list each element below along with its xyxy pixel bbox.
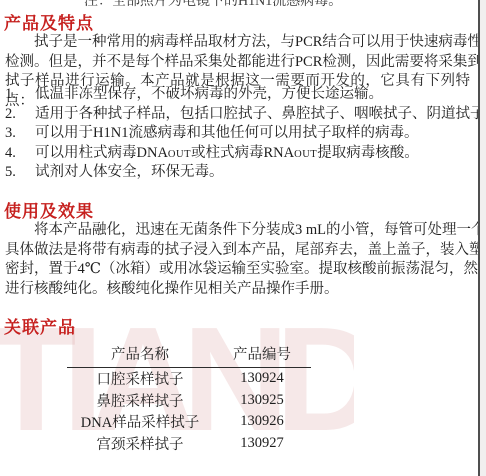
list-item-text: 适用于各种拭子样品，包括口腔拭子、鼻腔拭子、咽喉拭子、阴道拭子等 — [35, 105, 486, 125]
table-row: 鼻腔采样拭子 130925 — [67, 390, 311, 412]
product-code-cell: 130924 — [213, 368, 311, 390]
list-item-number: 2. — [5, 105, 35, 125]
product-code-cell: 130927 — [213, 433, 311, 455]
paragraph-line: 具体做法是将带有病毒的拭子浸入到本产品，尾部弃去，盖上盖子，装入塑料袋并 — [5, 241, 470, 261]
list-item: 1. 低温非冻型保存，不破坏病毒的外壳，方便长途运输。 — [5, 85, 470, 105]
table-row: DNA样品采样拭子 130926 — [67, 411, 311, 433]
paragraph-line: 密封，置于4℃（冰箱）或用冰袋运输至实验室。提取核酸前振荡混匀，然后取液体 — [5, 260, 470, 280]
list-item-text: 可以用柱式病毒DNAOUT或柱式病毒RNAOUT提取病毒核酸。 — [35, 144, 470, 164]
product-name-cell: 宫颈采样拭子 — [67, 433, 213, 455]
table-header-row: 产品名称 产品编号 — [67, 343, 311, 368]
list-item-number: 1. — [5, 85, 35, 105]
page-content: 注：全部照片为电镜下的H1N1流感病毒。 产品及特点 拭子是一种常用的病毒样品取… — [0, 0, 486, 476]
product-code-cell: 130926 — [213, 411, 311, 433]
paragraph-line: 拭子是一种常用的病毒样品取材方法，与PCR结合可以用于快速病毒性疾病的 — [5, 33, 470, 53]
section-heading-usage: 使用及效果 — [4, 197, 94, 222]
list-item-number: 4. — [5, 144, 35, 164]
list-item: 4. 可以用柱式病毒DNAOUT或柱式病毒RNAOUT提取病毒核酸。 — [5, 144, 470, 164]
section-heading-related: 关联产品 — [4, 313, 76, 338]
page-outside-margin — [480, 0, 486, 476]
product-name-cell: 口腔采样拭子 — [67, 368, 213, 390]
column-header-product-code: 产品编号 — [213, 343, 311, 368]
list-item-text: 低温非冻型保存，不破坏病毒的外壳，方便长途运输。 — [35, 85, 470, 105]
section-heading-features: 产品及特点 — [4, 9, 94, 34]
top-note-clipped: 注：全部照片为电镜下的H1N1流感病毒。 — [84, 0, 342, 10]
document-page: TIANDZ 注：全部照片为电镜下的H1N1流感病毒。 产品及特点 拭子是一种常… — [0, 0, 486, 476]
table-row: 口腔采样拭子 130924 — [67, 368, 311, 390]
list-item-text: 试剂对人体安全，环保无毒。 — [35, 163, 470, 183]
features-paragraph: 拭子是一种常用的病毒样品取材方法，与PCR结合可以用于快速病毒性疾病的 检测。但… — [5, 33, 470, 92]
list-item-number: 5. — [5, 163, 35, 183]
list-item-text: 可以用于H1N1流感病毒和其他任何可以用拭子取样的病毒。 — [35, 124, 470, 144]
list-item: 3. 可以用于H1N1流感病毒和其他任何可以用拭子取样的病毒。 — [5, 124, 470, 144]
related-products-table: 产品名称 产品编号 口腔采样拭子 130924 鼻腔采样拭子 130925 DN… — [67, 343, 311, 454]
list-item-number: 3. — [5, 124, 35, 144]
paragraph-line: 检测。但是，并不是每个样品采集处都能进行PCR检测，因此需要将采集到的病毒 — [5, 53, 470, 73]
features-list: 1. 低温非冻型保存，不破坏病毒的外壳，方便长途运输。 2. 适用于各种拭子样品… — [5, 85, 470, 183]
list-item: 2. 适用于各种拭子样品，包括口腔拭子、鼻腔拭子、咽喉拭子、阴道拭子等 — [5, 105, 470, 125]
paragraph-line: 将本产品融化，迅速在无菌条件下分装成3 mL的小管，每管可处理一个拭子， — [5, 221, 470, 241]
list-item: 5. 试剂对人体安全，环保无毒。 — [5, 163, 470, 183]
usage-paragraph: 将本产品融化，迅速在无菌条件下分装成3 mL的小管，每管可处理一个拭子， 具体做… — [5, 221, 470, 299]
table-row: 宫颈采样拭子 130927 — [67, 433, 311, 455]
column-header-product-name: 产品名称 — [67, 343, 213, 368]
product-code-cell: 130925 — [213, 390, 311, 412]
product-name-cell: DNA样品采样拭子 — [67, 411, 213, 433]
product-name-cell: 鼻腔采样拭子 — [67, 390, 213, 412]
paragraph-line: 进行核酸纯化。核酸纯化操作见相关产品操作手册。 — [5, 280, 470, 300]
